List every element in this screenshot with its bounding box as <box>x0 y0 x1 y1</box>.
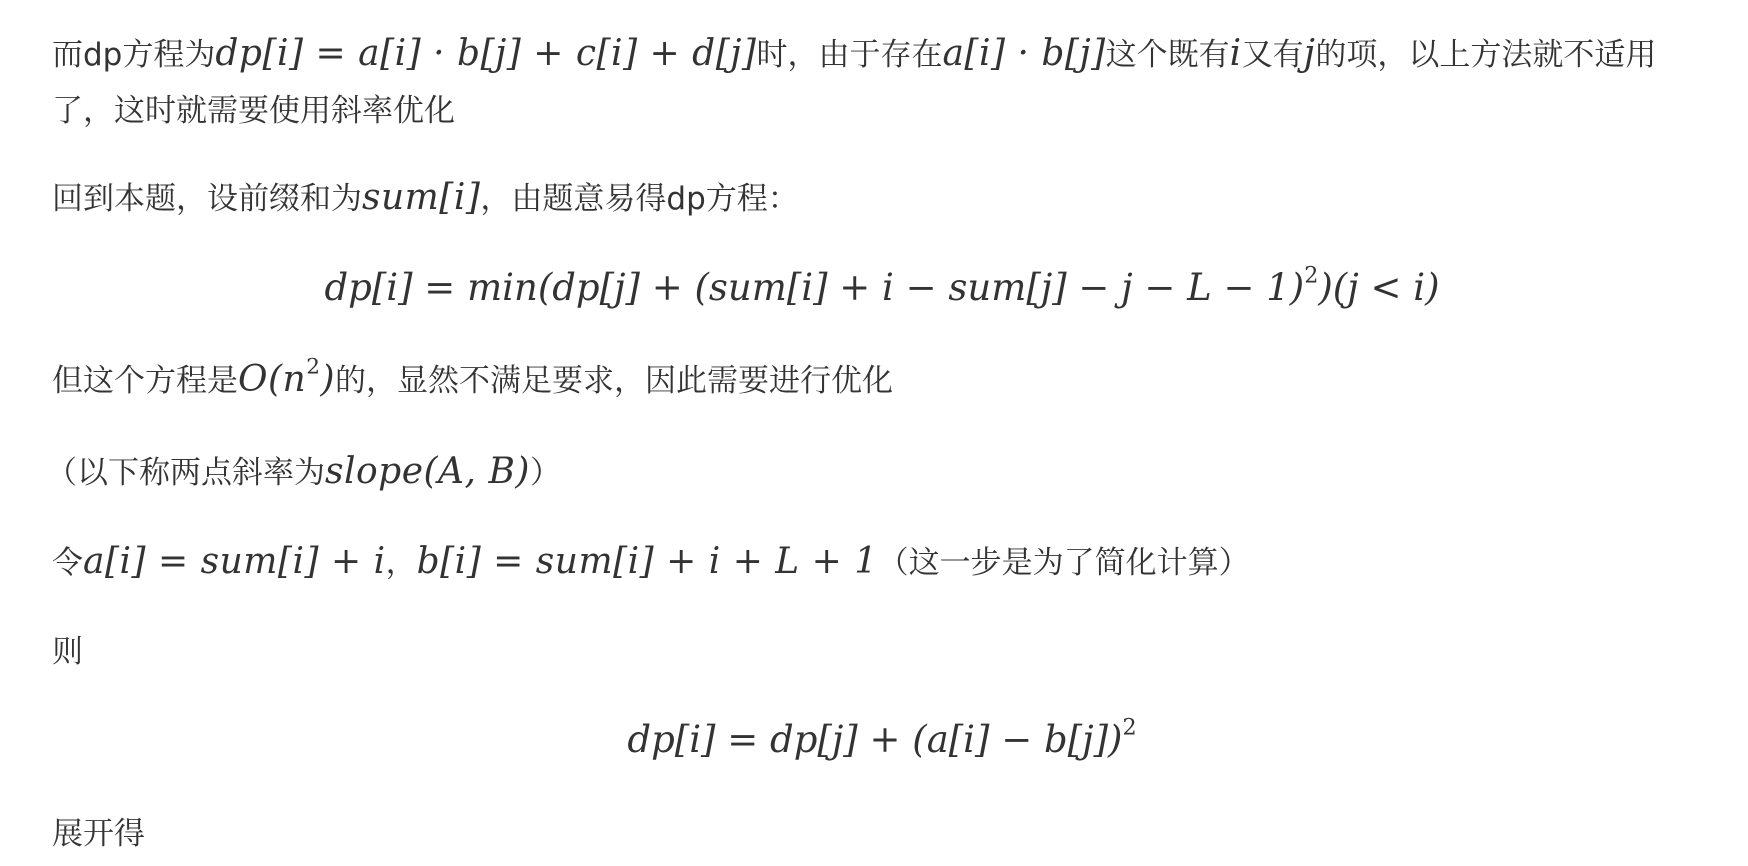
inline-math: a[i] = sum[i] + i <box>83 541 386 582</box>
math-base: O(n <box>238 359 306 400</box>
inline-math: sum[i] <box>362 177 480 218</box>
text: （这一步是为了简化计算） <box>878 545 1250 581</box>
text: 令 <box>52 545 83 581</box>
equation-tail: )(j < i) <box>1318 266 1439 309</box>
paragraph-complexity: 但这个方程是O(n2)的，显然不满足要求，因此需要进行优化 <box>52 354 893 407</box>
text: ，由题意易得dp方程： <box>480 181 798 217</box>
math-tail: ) <box>321 359 336 400</box>
text: 的，显然不满足要求，因此需要进行优化 <box>335 363 893 399</box>
paragraph-expand: 展开得 <box>52 808 145 860</box>
text: 而dp方程为 <box>52 37 215 73</box>
text: （以下称两点斜率为 <box>46 455 325 491</box>
text: 时，由于存在 <box>756 37 942 73</box>
math-superscript: 2 <box>306 355 320 380</box>
inline-math: a[i] · b[j] <box>942 33 1105 74</box>
display-equation-dp-min: dp[i] = min(dp[j] + (sum[i] + i − sum[j]… <box>52 258 1712 318</box>
equation-base: dp[i] = dp[j] + (a[i] − b[j]) <box>627 718 1122 761</box>
inline-math: j <box>1304 33 1316 74</box>
paragraph-prefix-sum: 回到本题，设前缀和为sum[i]，由题意易得dp方程： <box>52 172 799 225</box>
text: 但这个方程是 <box>52 363 238 399</box>
inline-math: O(n2) <box>238 359 335 400</box>
text: ， <box>386 545 417 581</box>
text: 则 <box>52 634 83 670</box>
text: 这个既有 <box>1106 37 1230 73</box>
text: 展开得 <box>52 816 145 852</box>
inline-math: i <box>1230 33 1242 74</box>
text: ） <box>530 455 561 491</box>
display-equation-dp-square: dp[i] = dp[j] + (a[i] − b[j])2 <box>52 710 1712 770</box>
paragraph-dp-equation-intro: 而dp方程为dp[i] = a[i] · b[j] + c[i] + d[j]时… <box>52 26 1712 139</box>
text: 回到本题，设前缀和为 <box>52 181 362 217</box>
inline-math: slope(A, B) <box>325 451 530 492</box>
equation-superscript: 2 <box>1122 714 1136 740</box>
paragraph-substitution: 令a[i] = sum[i] + i，b[i] = sum[i] + i + L… <box>52 536 1250 589</box>
inline-math: dp[i] = a[i] · b[j] + c[i] + d[j] <box>215 33 756 74</box>
paragraph-then: 则 <box>52 626 83 678</box>
paragraph-slope-definition: （以下称两点斜率为slope(A, B)） <box>46 446 561 499</box>
equation-base: dp[i] = min(dp[j] + (sum[i] + i − sum[j]… <box>324 266 1304 309</box>
text: 又有 <box>1242 37 1304 73</box>
inline-math: b[i] = sum[i] + i + L + 1 <box>417 541 878 582</box>
equation-superscript: 2 <box>1304 262 1318 288</box>
